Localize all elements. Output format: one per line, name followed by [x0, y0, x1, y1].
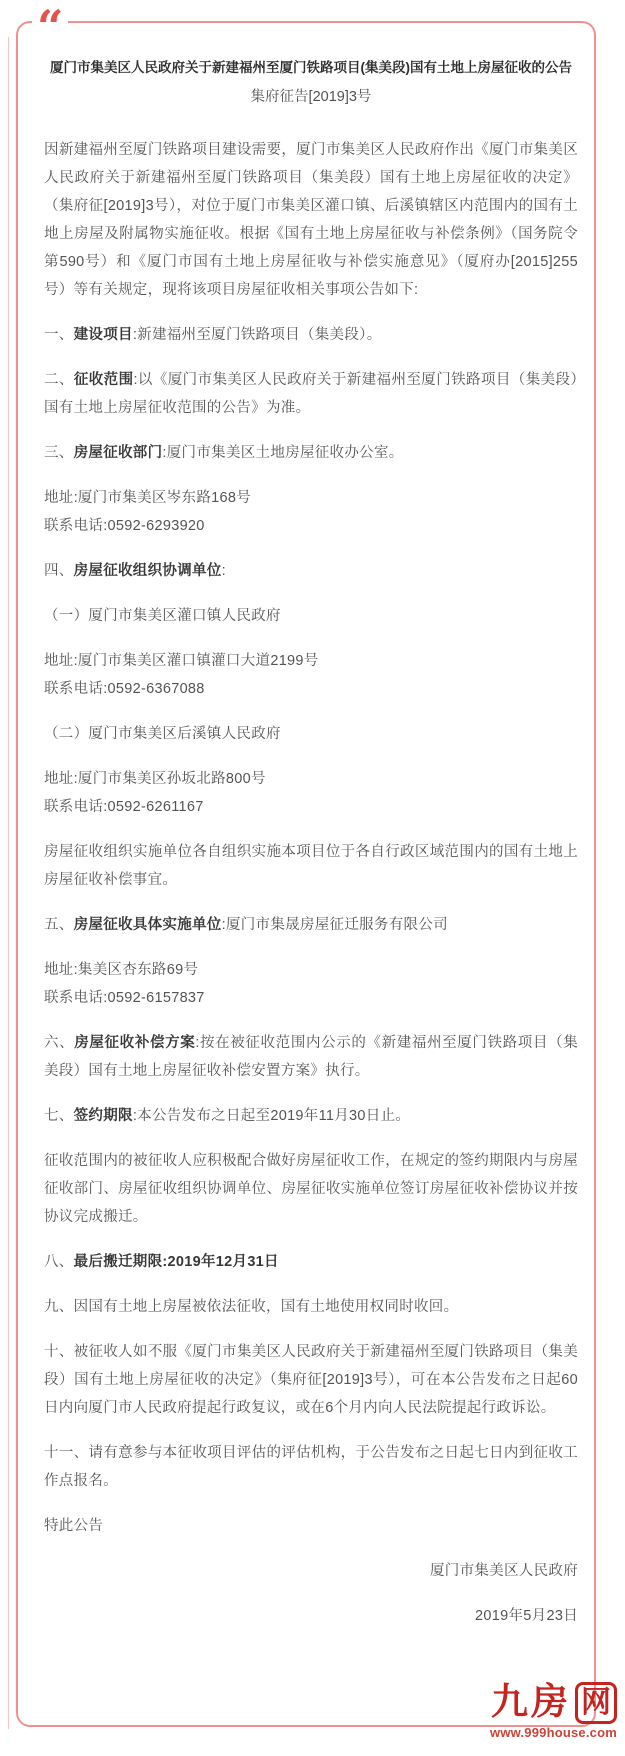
text-run: :厦门市集美区土地房屋征收办公室。	[162, 445, 403, 461]
text-run: :新建福州至厦门铁路项目（集美段）。	[133, 327, 382, 343]
section-11-appraisal-agencies: 十一、请有意参与本征收项目评估的评估机构，于公告发布之日起七日内到征收工作点报名…	[44, 1439, 578, 1495]
announcement-card: “ 厦门市集美区人民政府关于新建福州至厦门铁路项目(集美段)国有土地上房屋征收的…	[16, 21, 596, 1727]
text-run: 房屋征收组织协调单位	[74, 563, 222, 579]
text-line: 十一、请有意参与本征收项目评估的评估机构，于公告发布之日起七日内到征收工作点报名…	[44, 1439, 578, 1495]
text-line: 特此公告	[44, 1512, 578, 1540]
text-run: 签约期限	[74, 1108, 133, 1124]
text-line: 十、被征收人如不服《厦门市集美区人民政府关于新建福州至厦门铁路项目（集美段）国有…	[44, 1338, 578, 1422]
section-7-signing-deadline: 七、签约期限:本公告发布之日起至2019年11月30日止。	[44, 1102, 578, 1130]
document-title: 厦门市集美区人民政府关于新建福州至厦门铁路项目(集美段)国有土地上房屋征收的公告	[44, 55, 578, 81]
address-group: 地址:厦门市集美区孙坂北路800号联系电话:0592-6261167	[44, 765, 578, 821]
text-line: 厦门市集美区人民政府	[44, 1557, 578, 1585]
text-line: 联系电话:0592-6157837	[44, 984, 578, 1012]
logo-boxed-char: 网	[575, 1682, 617, 1724]
watermark-url: www.999house.com	[490, 1725, 617, 1740]
text-line: 联系电话:0592-6261167	[44, 793, 578, 821]
text-line: 联系电话:0592-6367088	[44, 675, 578, 703]
opening-quote-icon: “	[32, 6, 68, 38]
text-line: 四、房屋征收组织协调单位:	[44, 557, 578, 585]
text-line: 联系电话:0592-6293920	[44, 512, 578, 540]
text-run: 厦门市集美区人民政府	[430, 1563, 578, 1579]
cooperation-note: 征收范围内的被征收人应积极配合做好房屋征收工作，在规定的签约期限内与房屋征收部门…	[44, 1147, 578, 1231]
section-10-legal-remedies: 十、被征收人如不服《厦门市集美区人民政府关于新建福州至厦门铁路项目（集美段）国有…	[44, 1338, 578, 1422]
watermark: 九房网 www.999house.com	[490, 1681, 617, 1740]
text-run: 地址:厦门市集美区岑东路168号	[44, 490, 251, 506]
text-run: （一）厦门市集美区灌口镇人民政府	[44, 608, 281, 624]
sub-unit-2: （二）厦门市集美区后溪镇人民政府	[44, 720, 578, 748]
text-run: 征收范围内的被征收人应积极配合做好房屋征收工作，在规定的签约期限内与房屋征收部门…	[44, 1153, 578, 1225]
text-line: 征收范围内的被征收人应积极配合做好房屋征收工作，在规定的签约期限内与房屋征收部门…	[44, 1147, 578, 1231]
section-4-coordination-units: 四、房屋征收组织协调单位:	[44, 557, 578, 585]
text-line: 因新建福州至厦门铁路项目建设需要，厦门市集美区人民政府作出《厦门市集美区人民政府…	[44, 136, 578, 304]
logo-text: 九房	[491, 1681, 571, 1722]
text-run: 房屋征收补偿方案	[74, 1035, 195, 1051]
announcement-content: 厦门市集美区人民政府关于新建福州至厦门铁路项目(集美段)国有土地上房屋征收的公告…	[44, 55, 578, 1647]
text-run: 地址:集美区杏东路69号	[44, 962, 198, 978]
text-run: 征收范围	[74, 372, 134, 388]
document-body: 因新建福州至厦门铁路项目建设需要，厦门市集美区人民政府作出《厦门市集美区人民政府…	[44, 136, 578, 1630]
text-line: 八、最后搬迁期限:2019年12月31日	[44, 1248, 578, 1276]
section-9-land-recovery: 九、因国有土地上房屋被依法征收，国有土地使用权同时收回。	[44, 1293, 578, 1321]
text-run: 七、	[44, 1108, 74, 1124]
text-run: :厦门市集晟房屋征迁服务有限公司	[222, 917, 448, 933]
text-run: 2019年5月23日	[475, 1608, 578, 1624]
text-line: （二）厦门市集美区后溪镇人民政府	[44, 720, 578, 748]
text-line: 三、房屋征收部门:厦门市集美区土地房屋征收办公室。	[44, 439, 578, 467]
text-run: 因新建福州至厦门铁路项目建设需要，厦门市集美区人民政府作出《厦门市集美区人民政府…	[44, 142, 578, 298]
text-run: 联系电话:0592-6293920	[44, 518, 205, 534]
text-line: 房屋征收组织实施单位各自组织实施本项目位于各自行政区域范围内的国有土地上房屋征收…	[44, 838, 578, 894]
text-run: 联系电话:0592-6157837	[44, 990, 205, 1006]
text-run: 建设项目	[74, 327, 133, 343]
text-run: 二、	[44, 372, 74, 388]
text-line: 九、因国有土地上房屋被依法征收，国有土地使用权同时收回。	[44, 1293, 578, 1321]
text-run: 房屋征收组织实施单位各自组织实施本项目位于各自行政区域范围内的国有土地上房屋征收…	[44, 844, 578, 888]
text-line: 七、签约期限:本公告发布之日起至2019年11月30日止。	[44, 1102, 578, 1130]
implementation-note: 房屋征收组织实施单位各自组织实施本项目位于各自行政区域范围内的国有土地上房屋征收…	[44, 838, 578, 894]
text-run: 四、	[44, 563, 74, 579]
text-line: 地址:厦门市集美区灌口镇灌口大道2199号	[44, 647, 578, 675]
intro-paragraph: 因新建福州至厦门铁路项目建设需要，厦门市集美区人民政府作出《厦门市集美区人民政府…	[44, 136, 578, 304]
text-line: 地址:厦门市集美区孙坂北路800号	[44, 765, 578, 793]
section-2-scope: 二、征收范围:以《厦门市集美区人民政府关于新建福州至厦门铁路项目（集美段）国有土…	[44, 366, 578, 422]
text-line: 二、征收范围:以《厦门市集美区人民政府关于新建福州至厦门铁路项目（集美段）国有土…	[44, 366, 578, 422]
address-group: 地址:厦门市集美区灌口镇灌口大道2199号联系电话:0592-6367088	[44, 647, 578, 703]
text-line: 地址:厦门市集美区岑东路168号	[44, 484, 578, 512]
text-run: 地址:厦门市集美区灌口镇灌口大道2199号	[44, 653, 319, 669]
section-8-final-moving-deadline: 八、最后搬迁期限:2019年12月31日	[44, 1248, 578, 1276]
jiufang-logo: 九房网	[490, 1681, 617, 1724]
text-run: 六、	[44, 1035, 74, 1051]
text-line: 2019年5月23日	[44, 1602, 578, 1630]
text-run: 一、	[44, 327, 74, 343]
text-run: 特此公告	[44, 1518, 103, 1534]
signature-org: 厦门市集美区人民政府	[44, 1557, 578, 1585]
text-run: 八、	[44, 1254, 74, 1270]
text-line: 五、房屋征收具体实施单位:厦门市集晟房屋征迁服务有限公司	[44, 911, 578, 939]
document-number: 集府征告[2019]3号	[44, 84, 578, 110]
section-1-project: 一、建设项目:新建福州至厦门铁路项目（集美段）。	[44, 321, 578, 349]
text-run: 房屋征收具体实施单位	[74, 917, 222, 933]
text-run: :本公告发布之日起至2019年11月30日止。	[133, 1108, 410, 1124]
sub-unit-1: （一）厦门市集美区灌口镇人民政府	[44, 602, 578, 630]
address-group: 地址:厦门市集美区岑东路168号联系电话:0592-6293920	[44, 484, 578, 540]
text-line: 一、建设项目:新建福州至厦门铁路项目（集美段）。	[44, 321, 578, 349]
section-6-compensation-plan: 六、房屋征收补偿方案:按在被征收范围内公示的《新建福州至厦门铁路项目（集美段）国…	[44, 1029, 578, 1085]
text-run: 联系电话:0592-6367088	[44, 681, 205, 697]
text-run: 九、因国有土地上房屋被依法征收，国有土地使用权同时收回。	[44, 1299, 458, 1315]
text-run: 十、被征收人如不服《厦门市集美区人民政府关于新建福州至厦门铁路项目（集美段）国有…	[44, 1344, 578, 1416]
section-5-implementation-unit: 五、房屋征收具体实施单位:厦门市集晟房屋征迁服务有限公司	[44, 911, 578, 939]
signature-date: 2019年5月23日	[44, 1602, 578, 1630]
text-run: 五、	[44, 917, 74, 933]
closing: 特此公告	[44, 1512, 578, 1540]
text-run: 地址:厦门市集美区孙坂北路800号	[44, 771, 266, 787]
text-run: 三、	[44, 445, 74, 461]
text-run: :	[222, 563, 226, 579]
text-run: 最后搬迁期限:2019年12月31日	[74, 1254, 279, 1270]
text-run: 联系电话:0592-6261167	[44, 799, 204, 815]
text-run: （二）厦门市集美区后溪镇人民政府	[44, 726, 281, 742]
text-run: 十一、请有意参与本征收项目评估的评估机构，于公告发布之日起七日内到征收工作点报名…	[44, 1445, 578, 1489]
text-line: （一）厦门市集美区灌口镇人民政府	[44, 602, 578, 630]
text-run: 房屋征收部门	[74, 445, 163, 461]
address-group: 地址:集美区杏东路69号联系电话:0592-6157837	[44, 956, 578, 1012]
text-line: 六、房屋征收补偿方案:按在被征收范围内公示的《新建福州至厦门铁路项目（集美段）国…	[44, 1029, 578, 1085]
page: { "page": { "border_color": "#f09191", "…	[0, 0, 625, 1756]
section-3-department: 三、房屋征收部门:厦门市集美区土地房屋征收办公室。	[44, 439, 578, 467]
text-line: 地址:集美区杏东路69号	[44, 956, 578, 984]
